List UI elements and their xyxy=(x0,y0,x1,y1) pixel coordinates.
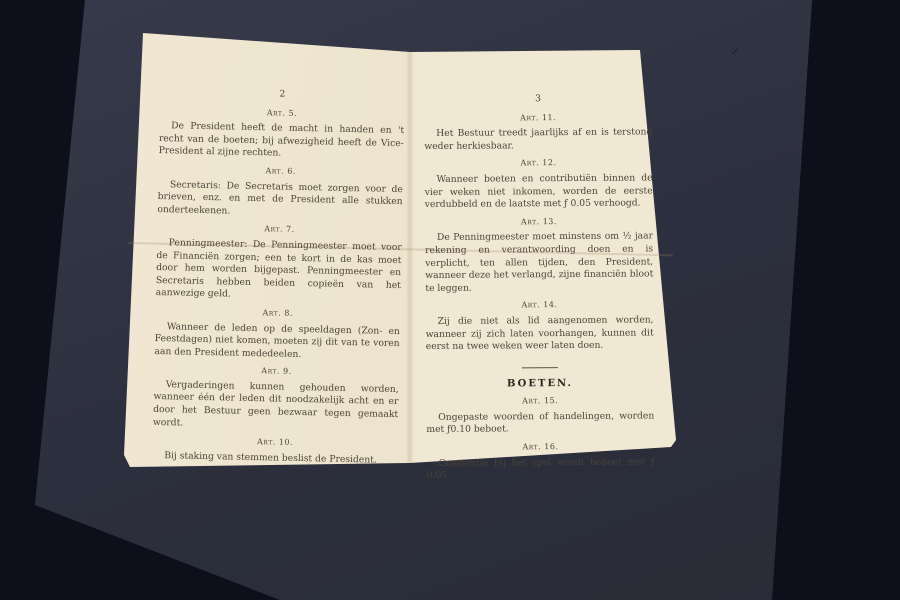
article-title: Art. 15. xyxy=(426,395,654,409)
article-title: Art. 13. xyxy=(425,215,653,229)
article-text: Secretaris: De Secretaris moet zorgen vo… xyxy=(157,179,403,222)
article-text: De Penningmeester moet minstens om ½ jaa… xyxy=(425,231,653,296)
article-8: Art. 8. Wanneer de leden op de speeldage… xyxy=(154,305,400,363)
article-6: Art. 6. Secretaris: De Secretaris moet z… xyxy=(157,163,403,221)
article-text: Penningmeester: De Penningmeester moet v… xyxy=(156,237,402,305)
article-text: Wanneer de leden op de speeldagen (Zon- … xyxy=(154,320,400,363)
section-divider xyxy=(522,367,558,368)
article-title: Art. 8. xyxy=(155,305,400,323)
article-title: Art. 10. xyxy=(152,434,397,452)
article-16: Art. 16. Onattentie bij het spel wordt b… xyxy=(426,440,654,482)
article-title: Art. 12. xyxy=(424,157,652,171)
center-fold xyxy=(406,52,414,463)
article-title: Art. 16. xyxy=(426,440,654,454)
article-7: Art. 7. Penningmeester: De Penningmeeste… xyxy=(156,221,403,305)
article-13: Art. 13. De Penningmeester moet minstens… xyxy=(425,215,654,295)
article-9: Art. 9. Vergaderingen kunnen gehouden wo… xyxy=(153,363,399,434)
article-15: Art. 15. Ongepaste woorden of handelinge… xyxy=(426,395,654,437)
page-number: 3 xyxy=(424,92,652,106)
article-text: Vergaderingen kunnen gehouden worden, wa… xyxy=(153,379,399,434)
article-title: Art. 11. xyxy=(424,111,652,125)
article-11: Art. 11. Het Bestuur treedt jaarlijks af… xyxy=(424,111,652,153)
section-heading: BOETEN. xyxy=(426,377,654,391)
right-page-text: 3 Art. 11. Het Bestuur treedt jaarlijks … xyxy=(424,92,655,482)
article-14: Art. 14. Zij die niet als lid aangenomen… xyxy=(425,299,653,354)
booklet: 2 Art. 5. De President heeft de macht in… xyxy=(0,0,900,600)
article-text: De President heeft de macht in handen en… xyxy=(158,120,404,163)
article-title: Art. 9. xyxy=(154,363,399,381)
article-title: Art. 6. xyxy=(158,163,403,181)
article-text: Het Bestuur treedt jaarlijks af en is te… xyxy=(424,127,652,154)
article-text: Ongepaste woorden of handelingen, worden… xyxy=(426,410,654,437)
article-text: Onattentie bij het spel wordt beboet met… xyxy=(427,456,655,483)
left-page-text: 2 Art. 5. De President heeft de macht in… xyxy=(152,86,405,467)
article-title: Art. 14. xyxy=(425,299,653,313)
article-title: Art. 7. xyxy=(157,221,402,239)
article-text: Zij die niet als lid aangenomen worden, … xyxy=(426,314,654,353)
article-12: Art. 12. Wanneer boeten en contributiën … xyxy=(424,157,652,212)
article-text: Wanneer boeten en contributiën binnen de… xyxy=(425,172,653,211)
check-mark-icon: ✓ xyxy=(731,47,739,58)
article-5: Art. 5. De President heeft de macht in h… xyxy=(158,105,404,163)
article-title: Art. 5. xyxy=(159,105,404,123)
article-10: Art. 10. Bij staking van stemmen beslist… xyxy=(152,434,398,467)
